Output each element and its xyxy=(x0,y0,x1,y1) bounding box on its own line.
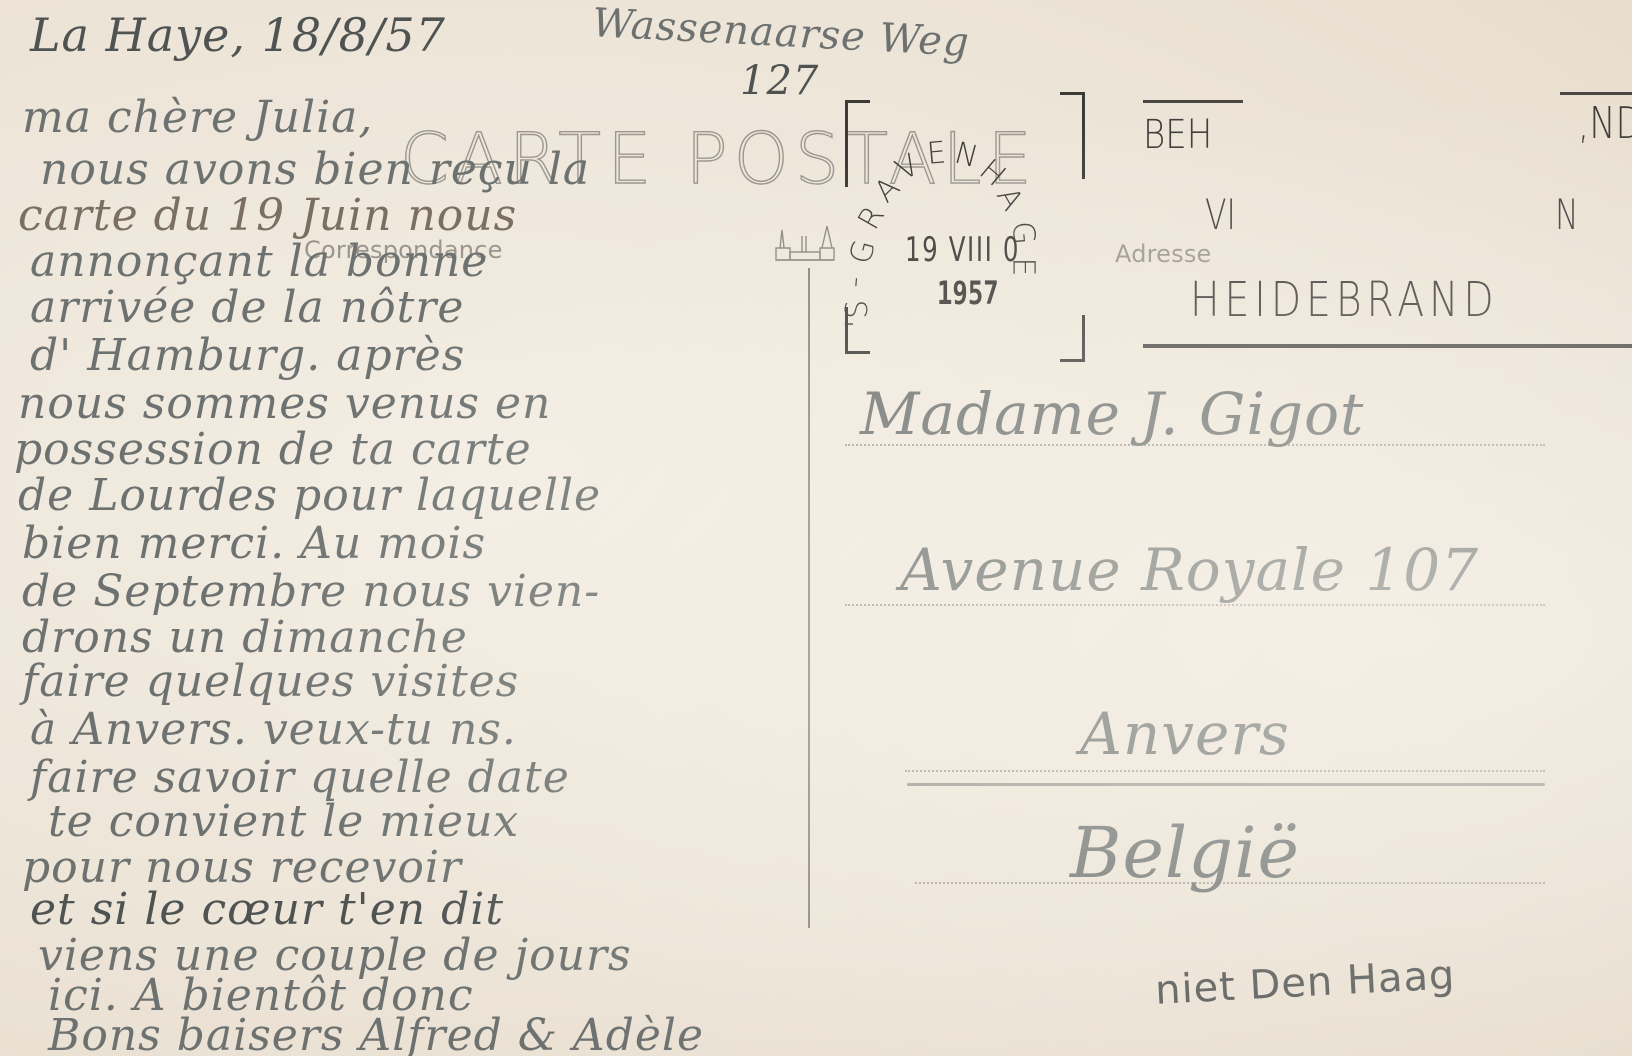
message-line: arrivée de la nôtre xyxy=(30,282,464,333)
slogan-rule-top xyxy=(1143,100,1243,103)
message-line: annonçant la bonne xyxy=(30,236,488,287)
recipient-street: Avenue Royale 107 xyxy=(900,536,1479,604)
message-line: à Anvers. veux-tu ns. xyxy=(30,704,517,755)
postmark-year: 1957 xyxy=(937,274,999,312)
slogan-rule-bottom xyxy=(1143,344,1632,348)
message-line: te convient le mieux xyxy=(48,796,519,847)
slogan-line1-left: BEH xyxy=(1143,112,1212,158)
message-line: d' Hamburg. après xyxy=(30,330,465,381)
slogan-line3: HEIDEBRAND xyxy=(1190,272,1499,328)
message-line: de Lourdes pour laquelle xyxy=(18,470,601,521)
publisher-logo-icon xyxy=(772,222,838,262)
postcard-back: CARTE POSTALE Correspondance Adresse 'S … xyxy=(0,0,1632,1056)
message-line: carte du 19 Juin nous xyxy=(18,190,517,241)
message-line: faire quelques visites xyxy=(22,656,519,707)
sender-street: Wassenaarse Weg xyxy=(591,0,971,66)
address-rule xyxy=(907,783,1545,786)
slogan-line1-right: ,ND xyxy=(1578,98,1632,149)
message-line: nous avons bien reçu la xyxy=(40,144,590,195)
message-line: bien merci. Au mois xyxy=(22,518,486,569)
address-label: Adresse xyxy=(1115,240,1212,268)
message-line: de Septembre nous vien- xyxy=(22,566,600,617)
postmark-date: 19 VIII 0 xyxy=(905,230,1020,270)
slogan-rule-top-right xyxy=(1560,92,1632,95)
recipient-country: België xyxy=(1070,812,1300,894)
slogan-line2-left: VI xyxy=(1205,190,1236,239)
address-line-3 xyxy=(905,770,1545,772)
recipient-name: Madame J. Gigot xyxy=(860,380,1364,448)
vertical-divider xyxy=(808,268,810,928)
recipient-city: Anvers xyxy=(1080,700,1290,768)
message-line: Bons baisers Alfred & Adèle xyxy=(48,1010,704,1056)
address-line-2 xyxy=(845,604,1545,606)
pencil-annotation: niet Den Haag xyxy=(1154,952,1456,1014)
message-line: nous sommes venus en xyxy=(18,378,551,429)
sender-number: 127 xyxy=(740,58,819,104)
message-line: et si le cœur t'en dit xyxy=(30,884,504,935)
slogan-line2-right: N xyxy=(1555,190,1579,239)
postmark-stamp: 'S - G R A V E N H A G E 19 VIII 0 1957 xyxy=(845,92,1095,362)
message-line: ma chère Julia, xyxy=(22,92,373,143)
message-line: possession de ta carte xyxy=(14,424,532,475)
place-date: La Haye, 18/8/57 xyxy=(30,8,446,62)
